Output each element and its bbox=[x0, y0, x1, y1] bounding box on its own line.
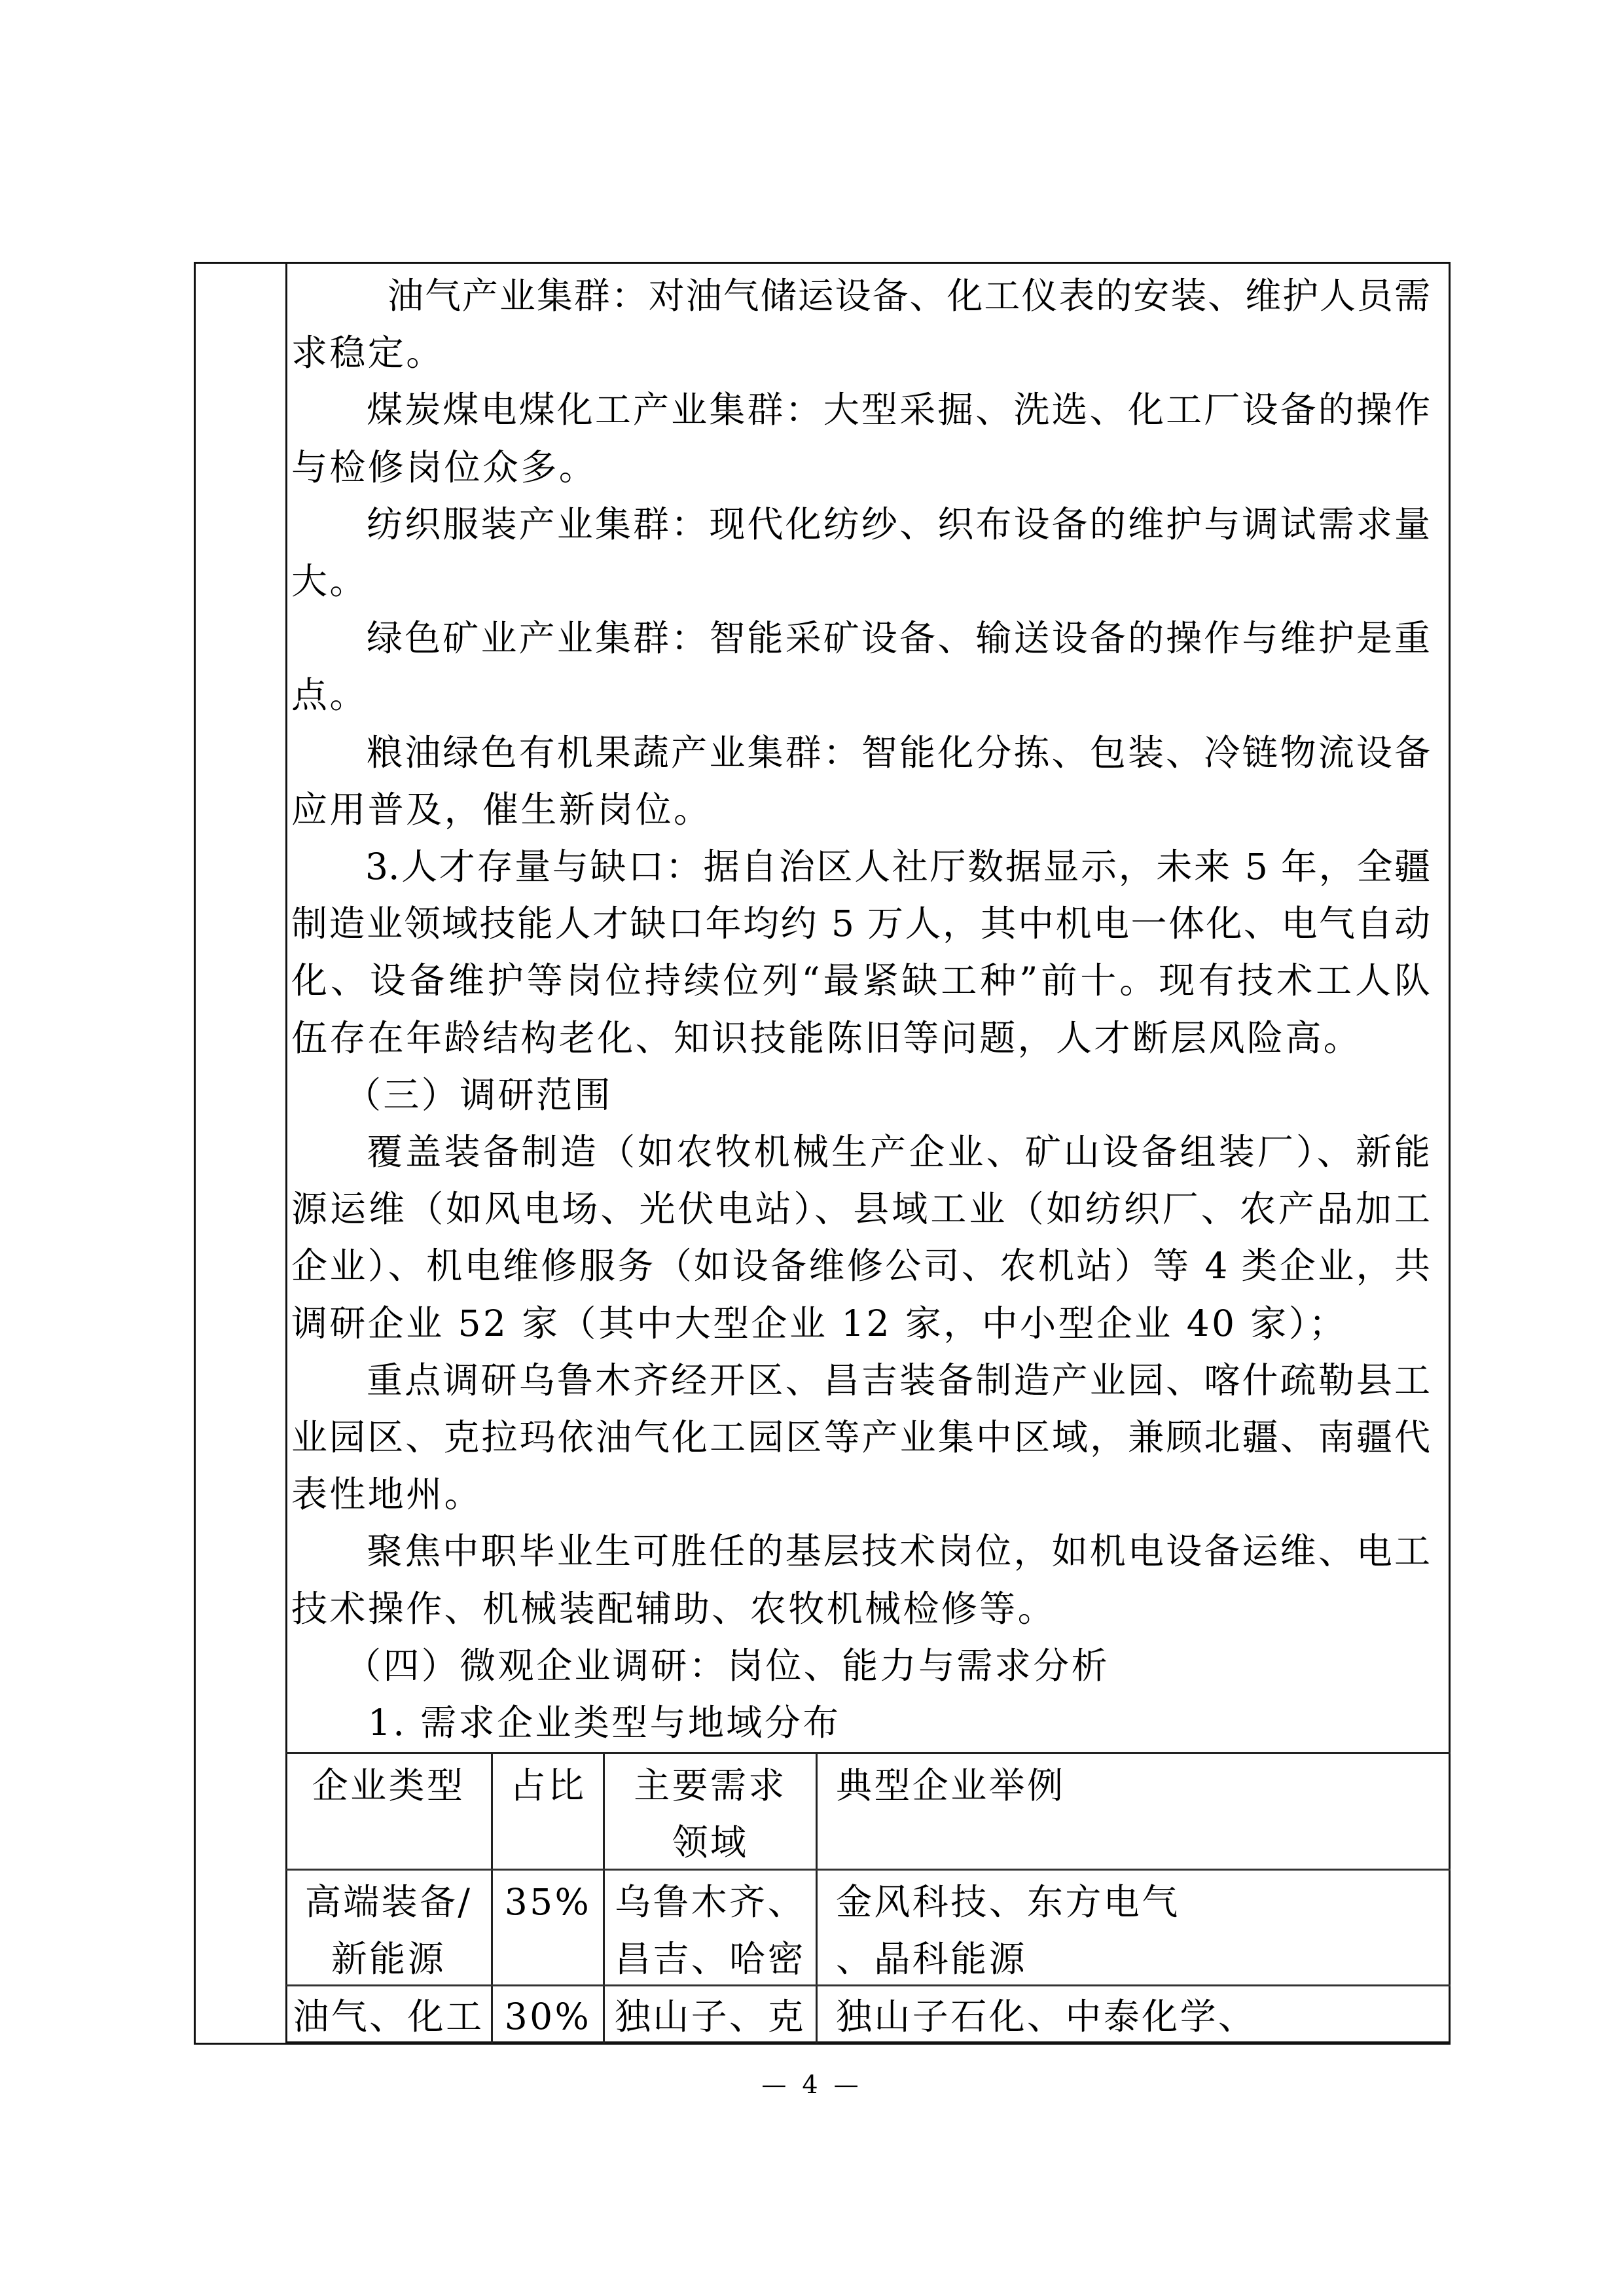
body-line: 制造业领域技能人才缺口年均约 5 万人，其中机电一体化、电气自动 bbox=[291, 895, 1430, 952]
body-line: 与检修岗位众多。 bbox=[291, 439, 597, 496]
row-1-type-line-1: 高端装备/ bbox=[286, 1874, 491, 1931]
body-line: 煤炭煤电煤化工产业集群：大型采掘、洗选、化工厂设备的操作 bbox=[367, 382, 1430, 439]
table-header-examples: 典型企业举例 bbox=[818, 1757, 1451, 1814]
body-line: 绿色矿业产业集群：智能采矿设备、输送设备的操作与维护是重 bbox=[367, 610, 1430, 667]
body-line: 大。 bbox=[291, 553, 368, 610]
table-header-share: 占比 bbox=[493, 1757, 603, 1814]
enterprise-distribution-table: 企业类型 占比 主要需求 领域 典型企业举例 高端装备/ 新能源 35% 乌鲁木… bbox=[286, 1752, 1451, 2045]
body-line: 应用普及，催生新岗位。 bbox=[291, 781, 712, 838]
body-line: 调研企业 52 家（其中大型企业 12 家，中小型企业 40 家）； bbox=[291, 1295, 1347, 1352]
table-row-2-examples: 独山子石化、中泰化学、 bbox=[818, 1988, 1451, 2045]
header-regions-line-1: 主要需求 bbox=[605, 1757, 816, 1814]
table-row-1-type: 高端装备/ 新能源 bbox=[286, 1874, 491, 1988]
body-line: 求稳定。 bbox=[291, 325, 444, 382]
body-line: 点。 bbox=[291, 667, 368, 724]
header-type-line: 企业类型 bbox=[286, 1757, 491, 1814]
body-line: 纺织服装产业集群：现代化纺纱、织布设备的维护与调试需求量 bbox=[367, 496, 1430, 553]
body-line: 技术操作、机械装配辅助、农牧机械检修等。 bbox=[291, 1581, 1056, 1638]
table-row-1-examples: 金风科技、东方电气 、晶科能源 bbox=[818, 1874, 1451, 1988]
table-row-1-share: 35% bbox=[493, 1874, 603, 1931]
row-1-share: 35% bbox=[493, 1874, 603, 1931]
row-2-type-line-1: 油气、化工 bbox=[286, 1988, 491, 2045]
body-line: 业园区、克拉玛依油气化工园区等产业集中区域，兼顾北疆、南疆代 bbox=[291, 1409, 1430, 1466]
body-line: 聚焦中职毕业生可胜任的基层技术岗位，如机电设备运维、电工 bbox=[367, 1523, 1430, 1580]
row-1-type-line-2: 新能源 bbox=[286, 1931, 491, 1988]
row-1-regions-line-1: 乌鲁木齐、 bbox=[605, 1874, 816, 1931]
row-1-examples-line-1: 金风科技、东方电气 bbox=[836, 1874, 1451, 1931]
row-2-examples-line-1: 独山子石化、中泰化学、 bbox=[836, 1988, 1451, 2045]
body-line: 重点调研乌鲁木齐经开区、昌吉装备制造产业园、喀什疏勒县工 bbox=[367, 1352, 1430, 1409]
table-header-regions: 主要需求 领域 bbox=[605, 1757, 816, 1871]
body-line: 粮油绿色有机果蔬产业集群：智能化分拣、包装、冷链物流设备 bbox=[367, 725, 1430, 781]
body-line: 3.人才存量与缺口：据自治区人社厅数据显示，未来 5 年，全疆 bbox=[365, 838, 1430, 895]
body-line: 覆盖装备制造（如农牧机械生产企业、矿山设备组装厂）、新能 bbox=[367, 1124, 1430, 1181]
row-1-regions-line-2: 昌吉、哈密 bbox=[605, 1931, 816, 1988]
row-1-examples-line-2: 、晶科能源 bbox=[836, 1931, 1451, 1988]
body-line: 企业）、机电维修服务（如设备维修公司、农机站）等 4 类企业，共 bbox=[291, 1238, 1430, 1295]
table-row-2-regions: 独山子、克 bbox=[605, 1988, 816, 2045]
table-row-2-share: 30% bbox=[493, 1988, 603, 2045]
header-regions-line-2: 领域 bbox=[605, 1814, 816, 1871]
body-line: 伍存在年龄结构老化、知识技能陈旧等问题，人才断层风险高。 bbox=[291, 1010, 1362, 1067]
row-2-share: 30% bbox=[493, 1988, 603, 2045]
table-row-1-regions: 乌鲁木齐、 昌吉、哈密 bbox=[605, 1874, 816, 1988]
body-line: 化、设备维护等岗位持续位列“最紧缺工种”前十。现有技术工人队 bbox=[291, 952, 1430, 1009]
table-row-2-type: 油气、化工 bbox=[286, 1988, 491, 2045]
table-row-divider bbox=[286, 1869, 1451, 1871]
page-number: — 4 — bbox=[0, 2068, 1624, 2101]
body-line: （四）微观企业调研：岗位、能力与需求分析 bbox=[345, 1638, 1110, 1695]
body-line: 油气产业集群：对油气储运设备、化工仪表的安装、维护人员需 bbox=[388, 268, 1430, 325]
header-examples-line: 典型企业举例 bbox=[836, 1757, 1451, 1814]
body-line: （三）调研范围 bbox=[345, 1067, 613, 1124]
table-header-type: 企业类型 bbox=[286, 1757, 491, 1814]
row-2-regions-line-1: 独山子、克 bbox=[605, 1988, 816, 2045]
body-line: 表性地州。 bbox=[291, 1466, 482, 1523]
header-share-line: 占比 bbox=[493, 1757, 603, 1814]
body-line: 1. 需求企业类型与地域分布 bbox=[368, 1695, 841, 1751]
body-line: 源运维（如风电场、光伏电站）、县域工业（如纺织厂、农产品加工 bbox=[291, 1181, 1430, 1238]
